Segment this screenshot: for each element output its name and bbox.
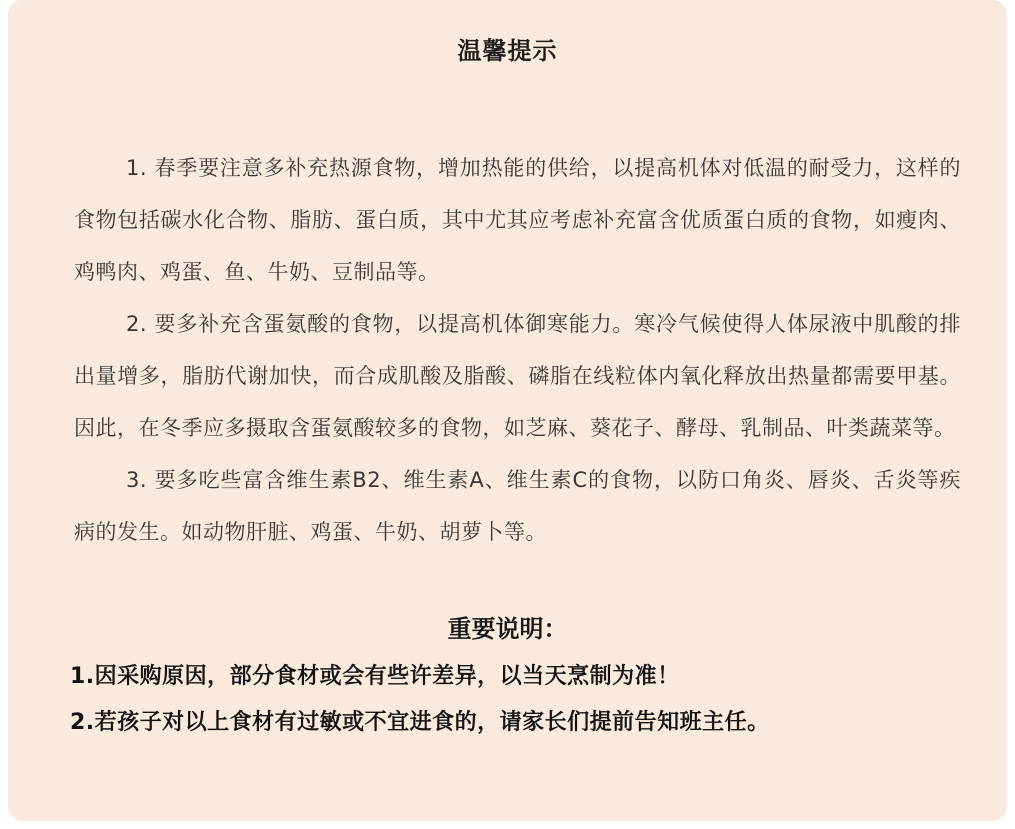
important-note-2: 2.若孩子对以上食材有过敏或不宜进食的，请家长们提前告知班主任。 xyxy=(70,700,967,746)
notice-body: 1. 春季要注意多补充热源食物，增加热能的供给，以提高机体对低温的耐受力，这样的… xyxy=(8,142,1007,558)
notice-paragraph-3: 3. 要多吃些富含维生素B2、维生素A、维生素C的食物，以防口角炎、唇炎、舌炎等… xyxy=(74,454,961,558)
important-note-1: 1.因采购原因，部分食材或会有些许差异，以当天烹制为准！ xyxy=(70,654,967,700)
notice-paragraph-2: 2. 要多补充含蛋氨酸的食物，以提高机体御寒能力。寒冷气候使得人体尿液中肌酸的排… xyxy=(74,298,961,454)
notice-paragraph-1: 1. 春季要注意多补充热源食物，增加热能的供给，以提高机体对低温的耐受力，这样的… xyxy=(74,142,961,298)
page-title: 温馨提示 xyxy=(8,36,1007,66)
important-notes-heading: 重要说明： xyxy=(8,614,1007,644)
notice-panel: 温馨提示 1. 春季要注意多补充热源食物，增加热能的供给，以提高机体对低温的耐受… xyxy=(8,0,1007,821)
notice-page: 温馨提示 1. 春季要注意多补充热源食物，增加热能的供给，以提高机体对低温的耐受… xyxy=(0,0,1015,829)
important-notes-list: 1.因采购原因，部分食材或会有些许差异，以当天烹制为准！ 2.若孩子对以上食材有… xyxy=(8,654,1007,746)
